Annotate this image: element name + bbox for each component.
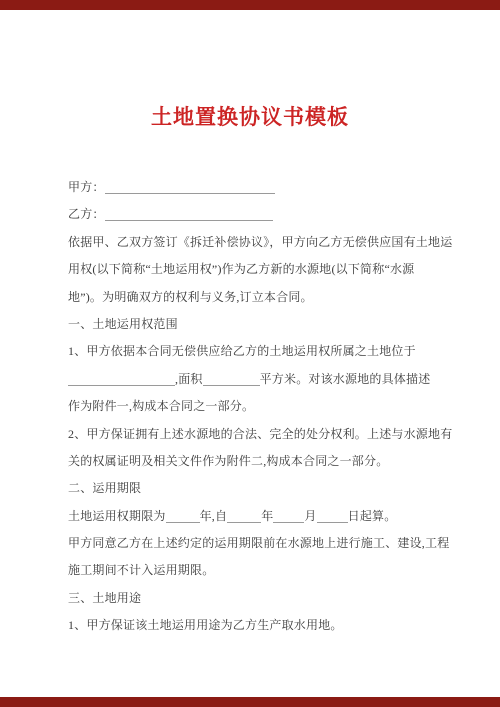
top-border-bar — [0, 0, 500, 10]
fill-in-blank — [166, 508, 200, 523]
fill-in-blank — [105, 179, 275, 194]
text-segment: 日起算。 — [348, 509, 397, 523]
document-line: 依据甲、乙双方签订《拆迁补偿协议》，甲方向乙方无偿供应国有土地运 — [68, 229, 442, 256]
text-segment: 甲方同意乙方在上述约定的运用期限前在水源地上进行施工、建设,工程 — [68, 536, 449, 550]
document-line: 甲方： — [68, 174, 442, 201]
document-body: 甲方：乙方：依据甲、乙双方签订《拆迁补偿协议》，甲方向乙方无偿供应国有土地运用权… — [0, 174, 500, 640]
fill-in-blank — [68, 371, 175, 386]
text-segment: 月 — [304, 509, 316, 523]
text-segment: 甲方： — [68, 180, 105, 194]
text-segment: 二、运用期限 — [68, 481, 141, 495]
document-line: 1、甲方依据本合同无偿供应给乙方的土地运用权所属之土地位于 — [68, 338, 442, 365]
text-segment: 施工期间不计入运用期限。 — [68, 563, 214, 577]
text-segment: 地”)。为明确双方的权利与义务,订立本合同。 — [68, 290, 313, 304]
text-segment: 依据甲、乙双方签订《拆迁补偿协议》，甲方向乙方无偿供应国有土地运 — [68, 235, 452, 249]
text-segment: 土地运用权期限为 — [68, 509, 166, 523]
text-segment: 年 — [261, 509, 273, 523]
text-segment: 1、甲方保证该土地运用用途为乙方生产取水用地。 — [68, 618, 343, 632]
bottom-border-bar — [0, 697, 500, 707]
document-page: 土地置换协议书模板 甲方：乙方：依据甲、乙双方签订《拆迁补偿协议》，甲方向乙方无… — [0, 0, 500, 707]
text-segment: 乙方： — [68, 207, 105, 221]
document-line: 三、土地用途 — [68, 585, 442, 612]
fill-in-blank — [203, 371, 260, 386]
text-segment: 三、土地用途 — [68, 591, 141, 605]
text-segment: 平方米。对该水源地的具体描述 — [260, 372, 431, 386]
document-line: 1、甲方保证该土地运用用途为乙方生产取水用地。 — [68, 612, 442, 639]
text-segment: 2、甲方保证拥有上述水源地的合法、完全的处分权利。上述与水源地有 — [68, 427, 452, 441]
fill-in-blank — [105, 206, 273, 221]
document-line: 二、运用期限 — [68, 475, 442, 502]
document-line: 乙方： — [68, 201, 442, 228]
document-line: 土地运用权期限为年,自年月日起算。 — [68, 503, 442, 530]
document-line: 2、甲方保证拥有上述水源地的合法、完全的处分权利。上述与水源地有 — [68, 421, 442, 448]
document-line: 关的权属证明及相关文件作为附件二,构成本合同之一部分。 — [68, 448, 442, 475]
text-segment: 1、甲方依据本合同无偿供应给乙方的土地运用权所属之土地位于 — [68, 344, 416, 358]
text-segment: 作为附件一,构成本合同之一部分。 — [68, 399, 254, 413]
fill-in-blank — [273, 508, 304, 523]
document-line: ,面积平方米。对该水源地的具体描述 — [68, 366, 442, 393]
page-title: 土地置换协议书模板 — [0, 0, 500, 131]
document-line: 作为附件一,构成本合同之一部分。 — [68, 393, 442, 420]
document-line: 一、土地运用权范围 — [68, 311, 442, 338]
fill-in-blank — [317, 508, 348, 523]
text-segment: 关的权属证明及相关文件作为附件二,构成本合同之一部分。 — [68, 454, 388, 468]
text-segment: 用权(以下简称“土地运用权”)作为乙方新的水源地(以下简称“水源 — [68, 262, 414, 276]
text-segment: ,面积 — [175, 372, 203, 386]
document-line: 施工期间不计入运用期限。 — [68, 557, 442, 584]
document-line: 用权(以下简称“土地运用权”)作为乙方新的水源地(以下简称“水源 — [68, 256, 442, 283]
text-segment: 一、土地运用权范围 — [68, 317, 178, 331]
document-line: 甲方同意乙方在上述约定的运用期限前在水源地上进行施工、建设,工程 — [68, 530, 442, 557]
fill-in-blank — [227, 508, 261, 523]
document-line: 地”)。为明确双方的权利与义务,订立本合同。 — [68, 284, 442, 311]
text-segment: 年,自 — [200, 509, 228, 523]
